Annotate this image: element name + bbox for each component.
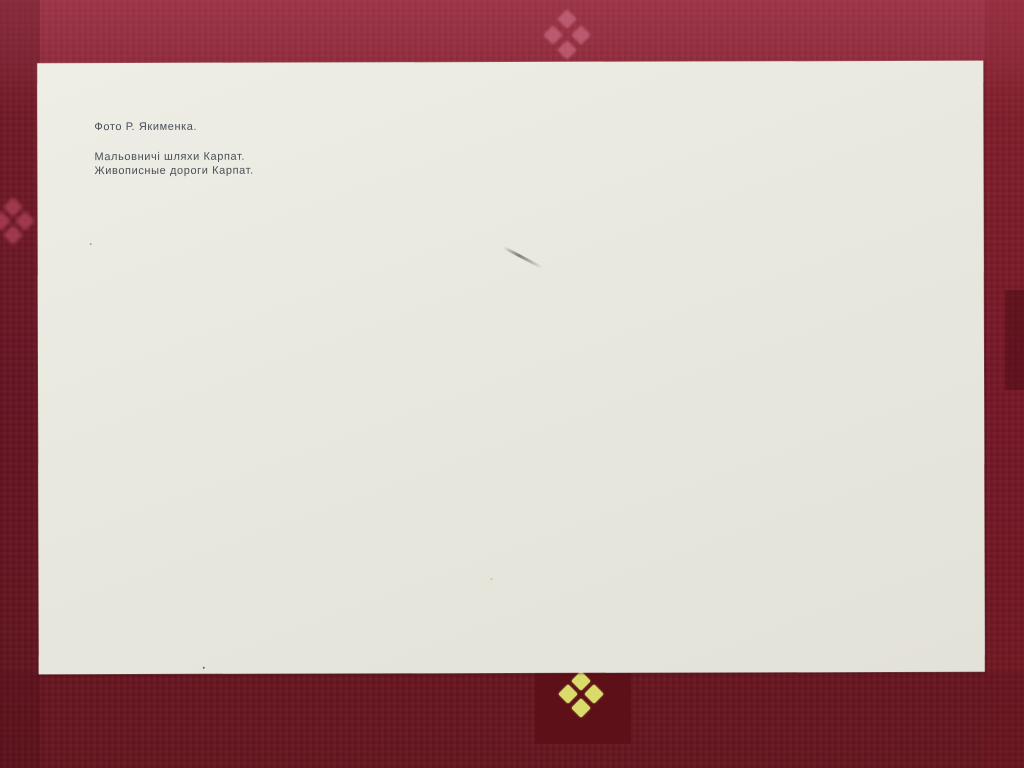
postcard: Фото Р. Якименка. Мальовничі шляхи Карпа… (37, 61, 985, 674)
paper-speck (491, 578, 493, 580)
caption-ukrainian: Мальовничі шляхи Карпат. (94, 150, 253, 164)
caption-russian: Живописные дороги Карпат. (94, 164, 253, 178)
photo-credit: Фото Р. Якименка. (94, 120, 253, 134)
diamond-icon (571, 25, 591, 45)
diamond-icon (557, 40, 577, 60)
paper-speck (90, 243, 92, 245)
postcard-text-block: Фото Р. Якименка. Мальовничі шляхи Карпа… (94, 120, 253, 178)
tablecloth-stripe (0, 672, 1024, 768)
diamond-icon (557, 9, 577, 29)
tablecloth-stripe (0, 0, 40, 768)
ink-smudge (503, 246, 543, 269)
paper-speck (203, 667, 205, 669)
diamond-icon (543, 25, 563, 45)
tablecloth-plaid-block (1005, 290, 1024, 390)
